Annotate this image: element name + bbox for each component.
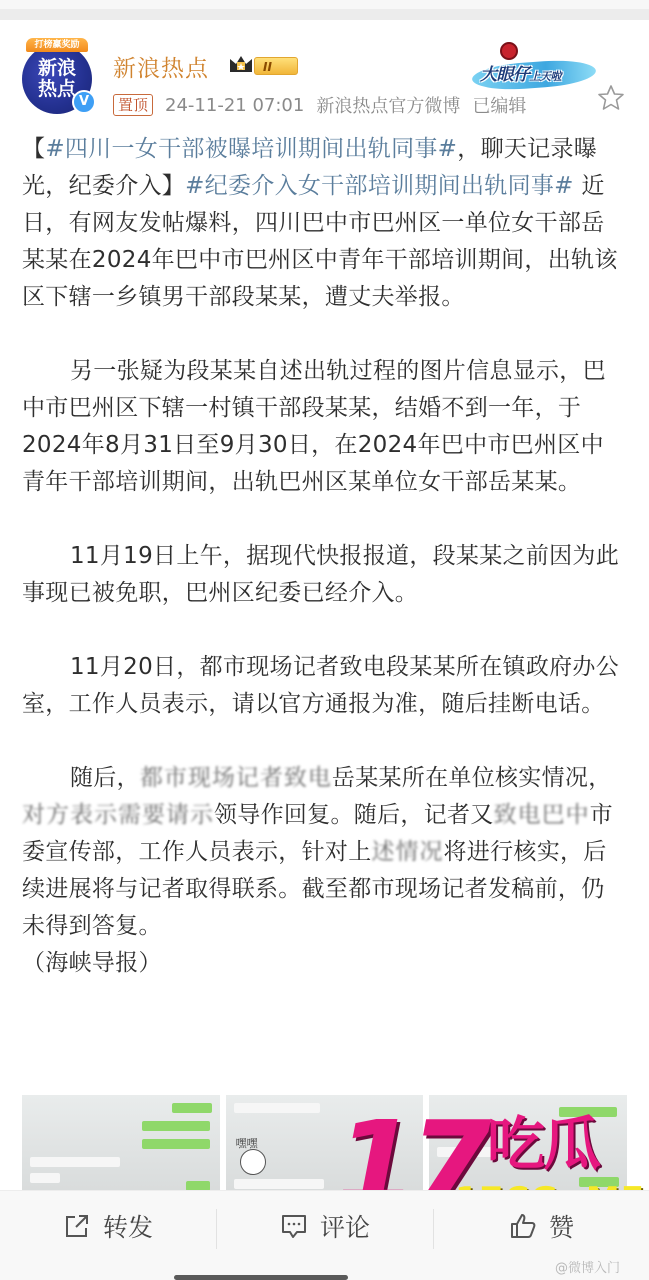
home-indicator[interactable] — [174, 1275, 348, 1280]
status-strip-shadow — [0, 9, 649, 20]
timestamp: 24-11-21 07:01 — [165, 95, 304, 116]
comment-label: 评论 — [320, 1208, 370, 1244]
image-thumbnail-2[interactable]: 嘿嘿 — [226, 1095, 424, 1190]
thumbs-up-icon — [509, 1212, 537, 1240]
blurred-text: 述情况 — [372, 839, 444, 865]
blurred-text: 致电巴中 — [494, 802, 590, 828]
edited-label[interactable]: 已编辑 — [472, 92, 526, 118]
paragraph-5: 随后，都市现场记者致电岳某某所在单位核实情况，对方表示需要请示领导作回复。随后，… — [22, 760, 627, 945]
paragraph-4: 11月20日，都市现场记者致电段某某所在镇政府办公室，工作人员表示，请以官方通报… — [22, 649, 627, 723]
avatar-text-line2: 热点 — [38, 79, 76, 100]
comment-button[interactable]: 评论 — [217, 1191, 433, 1261]
image-thumbnail-1[interactable] — [22, 1095, 220, 1190]
post-meta: 置顶 24-11-21 07:01 新浪热点官方微博 已编辑 — [113, 92, 526, 118]
blurred-text: 对方表示需要请示 — [22, 802, 214, 828]
hashtag-link[interactable]: #四川一女干部被曝培训期间出轨同事# — [45, 136, 457, 162]
star-icon[interactable] — [597, 84, 625, 112]
sticker-bomb-icon — [500, 42, 518, 60]
post-body: 【#四川一女干部被曝培训期间出轨同事#，聊天记录曝光，纪委介入】#纪委介入女干部… — [22, 131, 627, 1019]
pinned-tag: 置顶 — [113, 94, 153, 116]
repost-label: 转发 — [103, 1208, 153, 1244]
hashtag-link[interactable]: #纪委介入女干部培训期间出轨同事# — [185, 173, 574, 199]
crown-icon — [228, 54, 254, 74]
post-header: 打榜赢奖励 新浪 热点 V 新浪热点 II 置顶 24-11-21 07:01 … — [0, 30, 649, 125]
action-bar: 转发 评论 赞 @微博入门 — [0, 1190, 649, 1280]
paragraph-3: 11月19日上午，据现代快报报道，段某某之前因为此事现已被免职，巴州区纪委已经介… — [22, 538, 627, 612]
paragraph-2: 另一张疑为段某某自述出轨过程的图片信息显示，巴中市巴州区下辖一村镇干部段某某，结… — [22, 353, 627, 501]
repost-button[interactable]: 转发 — [0, 1191, 216, 1261]
sticker-text: 大眼仔上天啦 — [480, 60, 561, 85]
news-source: （海峡导报） — [22, 945, 627, 982]
image-grid: 嘿嘿 — [22, 1095, 627, 1190]
avatar-banner: 打榜赢奖励 — [26, 38, 88, 52]
decoration-sticker[interactable]: 大眼仔上天啦 — [472, 44, 600, 94]
paragraph-1: 【#四川一女干部被曝培训期间出轨同事#，聊天记录曝光，纪委介入】#纪委介入女干部… — [22, 131, 627, 316]
image-thumbnail-3[interactable] — [429, 1095, 627, 1190]
repost-icon — [63, 1212, 91, 1240]
like-label: 赞 — [549, 1208, 574, 1244]
verified-icon: V — [72, 90, 96, 114]
weibo-credit: @微博入门 — [555, 1257, 620, 1276]
avatar-text-line1: 新浪 — [38, 58, 76, 79]
post-source: 新浪热点官方微博 — [316, 92, 460, 118]
username[interactable]: 新浪热点 — [113, 50, 209, 83]
like-button[interactable]: 赞 — [434, 1191, 649, 1261]
comment-icon — [280, 1212, 308, 1240]
blurred-text: 都市现场记者致电 — [140, 765, 332, 791]
level-badge[interactable]: II — [254, 57, 298, 75]
